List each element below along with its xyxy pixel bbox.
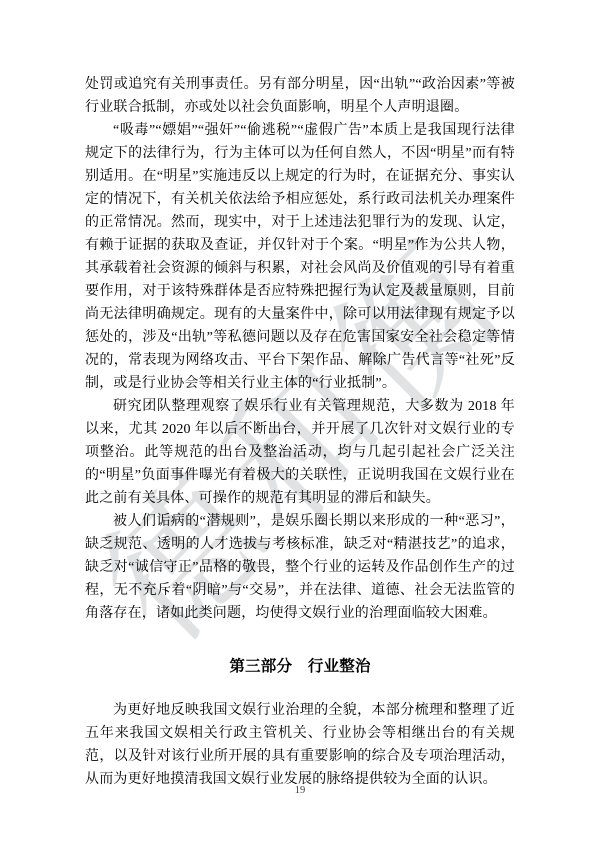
document-page: 德和衡 处罚或追究有关刑事责任。另有部分明星，因“出轨”“政治因素”等被行业联合… bbox=[0, 0, 600, 849]
section-heading: 第三部分 行业整治 bbox=[85, 655, 515, 679]
paragraph-hidden-rules: 被人们诟病的“潜规则”，是娱乐圈长期以来形成的一种“恶习”，缺乏规范、透明的人才… bbox=[85, 510, 515, 625]
document-body: 处罚或追究有关刑事责任。另有部分明星，因“出轨”“政治因素”等被行业联合抵制，亦… bbox=[85, 73, 515, 791]
page-number: 19 bbox=[0, 785, 600, 796]
paragraph-continuation: 处罚或追究有关刑事责任。另有部分明星，因“出轨”“政治因素”等被行业联合抵制，亦… bbox=[85, 73, 515, 119]
paragraph-legal-acts: “吸毒”“嫖娼”“强奸”“偷逃税”“虚假广告”本质上是我国现行法律规定下的法律行… bbox=[85, 119, 515, 395]
paragraph-research-observation: 研究团队整理观察了娱乐行业有关管理规范，大多数为 2018 年以来，尤其 202… bbox=[85, 395, 515, 510]
paragraph-part-three-intro: 为更好地反映我国文娱行业治理的全貌，本部分梳理和整理了近五年来我国文娱相关行政主… bbox=[85, 699, 515, 791]
